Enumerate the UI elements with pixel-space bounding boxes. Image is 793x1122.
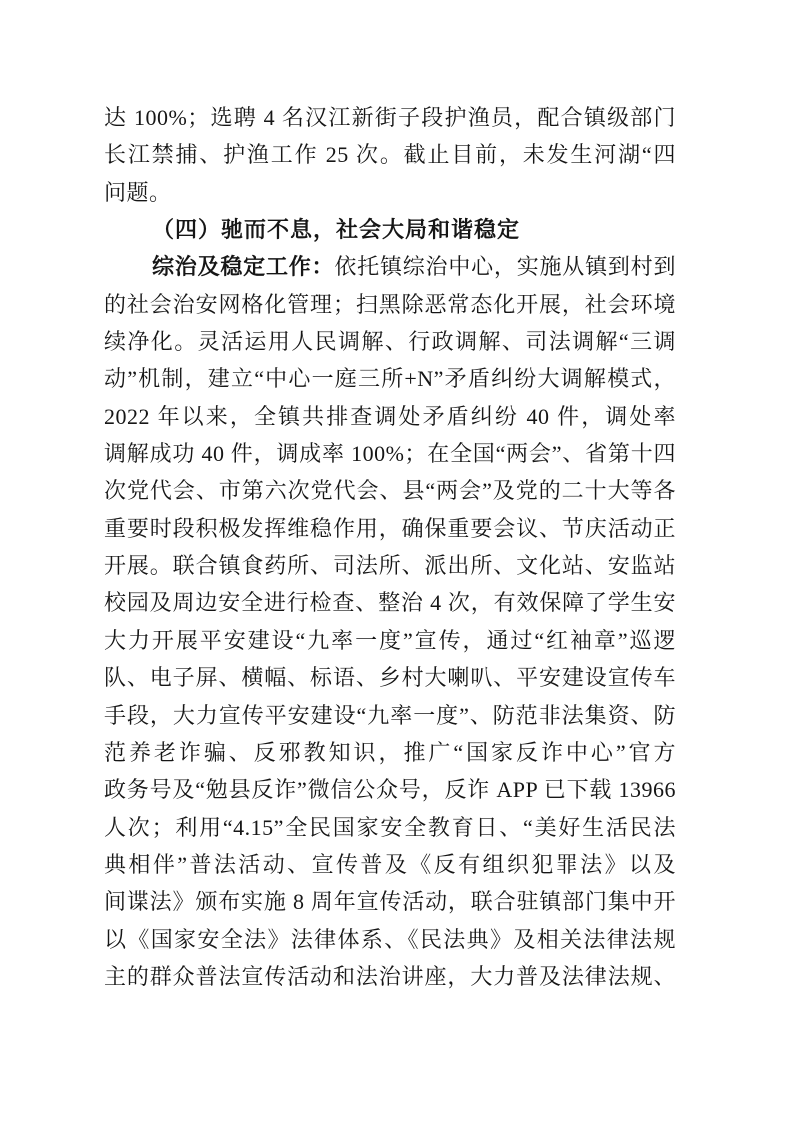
text-line: 续净化。灵活运用人民调解、行政调解、司法调解“三调联 [104,323,676,360]
body-text-segment: 调解成功 40 件，调成率 100%；在全国“两会”、省第十四 [104,441,676,466]
section-heading: （四）驰而不息，社会大局和谐稳定 [104,211,676,248]
text-line: 队、电子屏、横幅、标语、乡村大喇叭、平安建设宣传车等 [104,659,676,696]
text-line: 开展。联合镇食药所、司法所、派出所、文化站、安监站对 [104,547,676,584]
body-text-segment: 人次；利用“4.15”全民国家安全教育日、“美好生活民法 [104,815,676,840]
body-text-segment: 间谍法》颁布实施 8 周年宣传活动，联合驻镇部门集中开展 [104,889,676,920]
text-line: 长江禁捕、护渔工作 25 次。截止目前，未发生河湖“四乱” [104,136,676,173]
body-text-segment: 范养老诈骗、反邪教知识，推广“国家反诈中心”官方 APP、 [104,740,676,771]
body-text-segment: 重要时段积极发挥维稳作用，确保重要会议、节庆活动正常 [104,516,676,547]
body-text-segment: 手段，大力宣传平安建设“九率一度”、防范非法集资、防 [104,703,676,728]
body-text-segment: 续净化。灵活运用人民调解、行政调解、司法调解“三调联 [104,329,676,360]
text-line: 政务号及“勉县反诈”微信公众号，反诈 APP 已下载 13966 [104,771,676,808]
text-line: 大力开展平安建设“九率一度”宣传，通过“红袖章”巡逻 [104,622,676,659]
text-line: 典相伴”普法活动、宣传普及《反有组织犯罪法》以及《反 [104,846,676,883]
body-text-segment: 队、电子屏、横幅、标语、乡村大喇叭、平安建设宣传车等 [104,665,676,696]
text-line: 重要时段积极发挥维稳作用，确保重要会议、节庆活动正常 [104,510,676,547]
body-text-segment: 动”机制，建立“中心一庭三所+N”矛盾纠纷大调解模式， [104,366,676,391]
text-line: 主的群众普法宣传活动和法治讲座，大力普及法律法规、平 [104,958,676,995]
text-line: 范养老诈骗、反邪教知识，推广“国家反诈中心”官方 APP、 [104,734,676,771]
text-line: 次党代会、市第六次党代会、县“两会”及党的二十大等各 [104,472,676,509]
bold-text-segment: （四）驰而不息，社会大局和谐稳定 [152,217,520,242]
text-line: 以《国家安全法》法律体系、《民法典》及相关法律法规为 [104,921,676,958]
text-line: 动”机制，建立“中心一庭三所+N”矛盾纠纷大调解模式， [104,360,676,397]
text-line: 人次；利用“4.15”全民国家安全教育日、“美好生活民法 [104,809,676,846]
document-body: 达 100%；选聘 4 名汉江新街子段护渔员，配合镇级部门开展长江禁捕、护渔工作… [104,99,676,995]
body-text-segment: 2022 年以来，全镇共排查调处矛盾纠纷 40 件，调处率 100%， [104,404,676,435]
bold-text-segment: 综治及稳定工作： [152,254,334,279]
text-line: 调解成功 40 件，调成率 100%；在全国“两会”、省第十四 [104,435,676,472]
body-text-segment: 长江禁捕、护渔工作 25 次。截止目前，未发生河湖“四乱” [104,142,676,173]
text-line: 2022 年以来，全镇共排查调处矛盾纠纷 40 件，调处率 100%， [104,398,676,435]
body-text-segment: 典相伴”普法活动、宣传普及《反有组织犯罪法》以及《反 [104,852,676,883]
text-line: 综治及稳定工作：依托镇综治中心，实施从镇到村到户 [104,248,676,285]
body-text-segment: 达 100%；选聘 4 名汉江新街子段护渔员，配合镇级部门开展 [104,105,676,136]
body-text-segment: 主的群众普法宣传活动和法治讲座，大力普及法律法规、平 [104,964,676,995]
text-line: 达 100%；选聘 4 名汉江新街子段护渔员，配合镇级部门开展 [104,99,676,136]
text-line: 问题。 [104,174,676,211]
body-text-segment: 以《国家安全法》法律体系、《民法典》及相关法律法规为 [104,927,676,958]
text-line: 校园及周边安全进行检查、整治 4 次，有效保障了学生安全。 [104,584,676,621]
body-text-segment: 政务号及“勉县反诈”微信公众号，反诈 APP 已下载 13966 [104,777,676,802]
document-page: 达 100%；选聘 4 名汉江新街子段护渔员，配合镇级部门开展长江禁捕、护渔工作… [0,0,793,1122]
body-text-segment: 开展。联合镇食药所、司法所、派出所、文化站、安监站对 [104,553,676,584]
body-text-segment: 校园及周边安全进行检查、整治 4 次，有效保障了学生安全。 [104,590,676,621]
text-line: 间谍法》颁布实施 8 周年宣传活动，联合驻镇部门集中开展 [104,883,676,920]
text-line: 的社会治安网格化管理；扫黑除恶常态化开展，社会环境持 [104,286,676,323]
body-text-segment: 问题。 [104,180,172,205]
body-text-segment: 大力开展平安建设“九率一度”宣传，通过“红袖章”巡逻 [104,628,676,653]
text-line: 手段，大力宣传平安建设“九率一度”、防范非法集资、防 [104,697,676,734]
body-text-segment: 次党代会、市第六次党代会、县“两会”及党的二十大等各 [104,478,676,503]
body-text-segment: 的社会治安网格化管理；扫黑除恶常态化开展，社会环境持 [104,292,676,323]
